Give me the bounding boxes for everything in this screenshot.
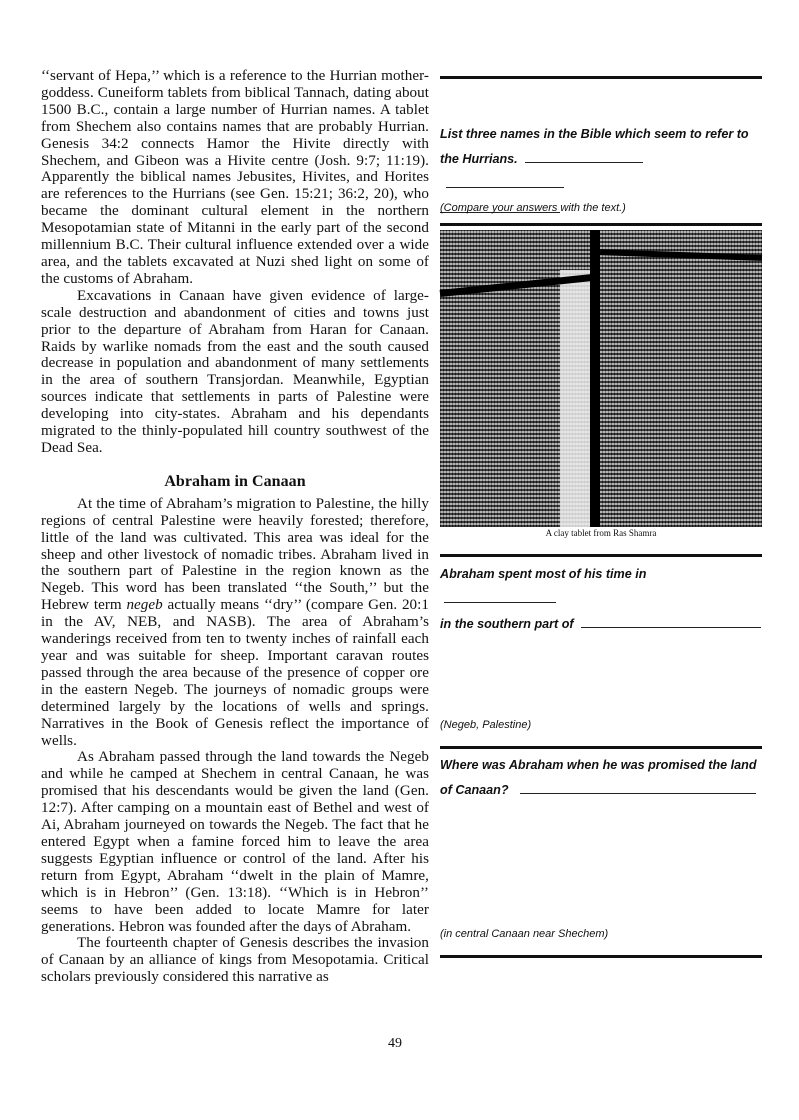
italic-term-negeb: negeb [126, 597, 162, 613]
text-span: At the time of Abraham’s migration to Pa… [41, 496, 429, 613]
question-1-answer: (Compare your answers with the text.) [440, 202, 626, 214]
question-2-answer: (Negeb, Palestine) [440, 719, 531, 731]
question-3-text: of Canaan? [440, 783, 509, 797]
answer-blank-6[interactable] [520, 792, 756, 794]
question-2-text: Abraham spent most of his time in [440, 567, 646, 581]
divider-rule [440, 76, 762, 79]
section-heading: Abraham in Canaan [41, 473, 429, 491]
paragraph-migration: At the time of Abraham’s migration to Pa… [41, 496, 429, 750]
main-text-column: ‘‘servant of Hepa,’’ which is a referenc… [41, 68, 429, 986]
question-1-line-1: List three names in the Bible which seem… [440, 122, 762, 147]
question-1-line-2: the Hurrians. [440, 147, 762, 197]
divider-rule [440, 223, 762, 226]
photo-highlight [560, 270, 590, 527]
photo-crack [600, 249, 762, 261]
question-2-line-1: Abraham spent most of his time in [440, 562, 762, 612]
answer-blank-5[interactable] [581, 626, 761, 628]
answer-blank-4[interactable] [444, 601, 556, 603]
divider-rule [440, 554, 762, 557]
answer-blank-1[interactable] [525, 161, 643, 163]
question-3-answer: (in central Canaan near Shechem) [440, 928, 608, 940]
question-3: Where was Abraham when he was promised t… [440, 753, 762, 803]
text-span: actually means ‘‘dry’’ (compare Gen. 20:… [41, 597, 429, 748]
clay-tablet-photo [440, 230, 762, 527]
divider-rule [440, 746, 762, 749]
figure-caption: A clay tablet from Ras Shamra [440, 528, 762, 538]
paragraph-shechem: As Abraham passed through the land towar… [41, 749, 429, 935]
question-3-line-1: Where was Abraham when he was promised t… [440, 753, 762, 778]
paragraph-excavations: Excavations in Canaan have given evidenc… [41, 288, 429, 457]
paragraph-hurrians: ‘‘servant of Hepa,’’ which is a referenc… [41, 68, 429, 288]
question-1-text: the Hurrians. [440, 152, 518, 166]
answer-blank-2[interactable] [446, 186, 564, 188]
question-2-line-2: in the southern part of [440, 612, 762, 637]
question-2-text-2: in the southern part of [440, 617, 574, 631]
divider-rule [440, 955, 762, 958]
paragraph-genesis-14: The fourteenth chapter of Genesis descri… [41, 935, 429, 986]
page-number: 49 [388, 1036, 402, 1052]
question-3-line-2: of Canaan? [440, 778, 762, 803]
question-2: Abraham spent most of his time in in the… [440, 562, 762, 637]
